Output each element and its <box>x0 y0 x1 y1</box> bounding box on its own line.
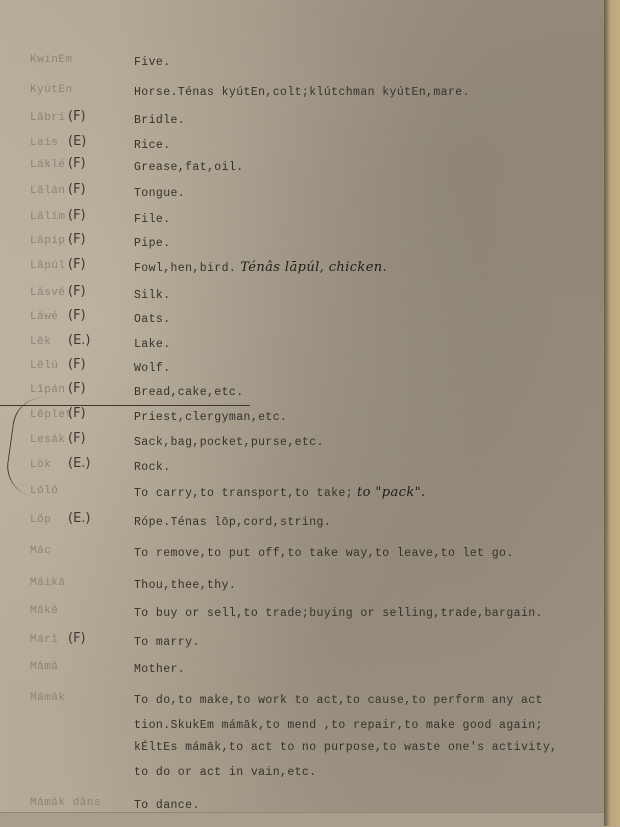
headword: Lāwé <box>30 311 58 323</box>
definition: To marry. <box>134 634 204 649</box>
dictionary-entry: Lēk(E.)Lake. <box>0 336 604 356</box>
dictionary-entry: Márī(F)To marry. <box>0 634 604 654</box>
origin-annotation: (F) <box>68 257 86 272</box>
headword: Lāpíp <box>30 235 66 247</box>
dictionary-entry: Lēplet(F)Priest,clergyman,etc. <box>0 409 604 429</box>
headword: Līpán <box>30 384 66 396</box>
definition-text: Oats. <box>134 313 171 326</box>
headword: Lāsvé <box>30 287 66 299</box>
dictionary-entry: Līpán(F)Bread,cake,etc. <box>0 384 604 404</box>
definition: Priest,clergyman,etc. <box>134 409 291 424</box>
definition-text: Pipe. <box>134 237 171 250</box>
definition: Rópe.Ténas lōp,cord,string. <box>134 514 335 529</box>
headword: Mámāk <box>30 692 66 704</box>
dictionary-entry: Mámāk dānsTo dance. <box>0 797 604 817</box>
definition-text: Fowl,hen,bird. <box>134 262 236 275</box>
definition-text: Horse.Ténas kyútEn,colt;klútchman kyu… <box>134 86 470 99</box>
definition-text: Priest,clergyman,etc. <box>134 411 287 424</box>
definition-text: To carry,to transport,to take; <box>134 487 353 500</box>
definition: Horse.Ténas kyútEn,colt;klútchman kyu… <box>134 84 474 99</box>
definition: Silk. <box>134 287 175 302</box>
definition-text: Thou,thee,thy. <box>134 579 236 592</box>
dictionary-entry: Lāpíp(F)Pipe. <box>0 235 604 255</box>
dictionary-entry: MácTo remove,to put off,to take way,to … <box>0 545 604 565</box>
handwritten-note: to "pack". <box>357 485 426 500</box>
definition-text: To do,to make,to work to act,to cause,to… <box>134 694 543 707</box>
headword: Lēlú <box>30 360 58 372</box>
headword: Māmā <box>30 661 58 673</box>
dictionary-entry: Lōk(E.)Rock. <box>0 459 604 479</box>
headword: Lāklé <box>30 159 66 171</box>
definition-text: Silk. <box>134 289 171 302</box>
dictionary-entry: Lābrí(F)Bridle. <box>0 112 604 132</box>
definition: kÉltEs mámāk,to act to no purpose,to … <box>134 739 561 754</box>
dictionary-entry: MáikāThou,thee,thy. <box>0 577 604 597</box>
dictionary-entry: Lēlú(F)Wolf. <box>0 360 604 380</box>
definition: Wolf. <box>134 360 175 375</box>
page-edge <box>604 0 620 826</box>
dictionary-entry: Lāsvé(F)Silk. <box>0 287 604 307</box>
definition: tion.SkukEm mámāk,to mend ,to repair,t… <box>134 717 547 732</box>
definition-text: Wolf. <box>134 362 171 375</box>
dictionary-entry: Lāpúl(F)Fowl,hen,bird.Ténâs lāpúl,… <box>0 260 604 280</box>
definition: To remove,to put off,to take way,to leav… <box>134 545 518 560</box>
headword: Lāpúl <box>30 260 66 272</box>
definition: Pipe. <box>134 235 175 250</box>
definition: Rice. <box>134 137 175 152</box>
dictionary-entry: Lais(E)Rice. <box>0 137 604 157</box>
definition: Rock. <box>134 459 175 474</box>
definition: Grease,fat,oil. <box>134 159 248 174</box>
definition: to do or act in vain,etc. <box>134 764 321 779</box>
definition: To buy or sell,to trade;buying or sellin… <box>134 605 547 620</box>
definition-text: Grease,fat,oil. <box>134 161 244 174</box>
definition: File. <box>134 211 175 226</box>
origin-annotation: (F) <box>68 357 86 372</box>
definition: Mother. <box>134 661 189 676</box>
definition: Oats. <box>134 311 175 326</box>
dictionary-entry: to do or act in vain,etc. <box>0 764 604 784</box>
dictionary-entry: Lesák(F)Sack,bag,pocket,purse,etc. <box>0 434 604 454</box>
dictionary-entry: MámākTo do,to make,to work to act,to c… <box>0 692 604 712</box>
definition: Sack,bag,pocket,purse,etc. <box>134 434 328 449</box>
headword: Lālím <box>30 211 66 223</box>
dictionary-entry: kÉltEs mámāk,to act to no purpose,to … <box>0 739 604 759</box>
definition: Tongue. <box>134 185 189 200</box>
origin-annotation: (F) <box>68 284 86 299</box>
dictionary-entry: LólōTo carry,to transport,to take;to "… <box>0 485 604 505</box>
headword: Márī <box>30 634 58 646</box>
dictionary-entry: MāmāMother. <box>0 661 604 681</box>
headword: Mác <box>30 545 51 557</box>
definition-text: Rópe.Ténas lōp,cord,string. <box>134 516 331 529</box>
headword: Lālán <box>30 185 66 197</box>
origin-annotation: (F) <box>68 156 86 171</box>
headword: Lābrí <box>30 112 66 124</box>
headword: Lólō <box>30 485 58 497</box>
origin-annotation: (F) <box>68 109 86 124</box>
origin-annotation: (F) <box>68 232 86 247</box>
definition-text: Bread,cake,etc. <box>134 386 244 399</box>
definition: Bridle. <box>134 112 189 127</box>
dictionary-entry: KwínEmFive. <box>0 54 604 74</box>
dictionary-entry: Lāklé(F)Grease,fat,oil. <box>0 159 604 179</box>
dictionary-entry: KyútEnHorse.Ténas kyútEn,colt;klútch… <box>0 84 604 104</box>
definition-text: Five. <box>134 56 171 69</box>
headword: Máikā <box>30 577 66 589</box>
dictionary-entry: Lālán(F)Tongue. <box>0 185 604 205</box>
headword: Mámāk dāns <box>30 797 101 809</box>
headword: Lōk <box>30 459 51 471</box>
definition-text: Rice. <box>134 139 171 152</box>
definition-text: To marry. <box>134 636 200 649</box>
origin-annotation: (E.) <box>68 333 91 348</box>
origin-annotation: (E.) <box>68 456 91 471</box>
headword: Lesák <box>30 434 66 446</box>
definition: Fowl,hen,bird.Ténâs lāpúl, chicken. <box>134 260 387 275</box>
definition: Bread,cake,etc. <box>134 384 248 399</box>
definition-text: To remove,to put off,to take way,to leav… <box>134 547 514 560</box>
definition: Lake. <box>134 336 175 351</box>
origin-annotation: (E.) <box>68 511 91 526</box>
origin-annotation: (F) <box>68 381 86 396</box>
headword: Lais <box>30 137 58 149</box>
headword: Mākē <box>30 605 58 617</box>
definition-text: to do or act in vain,etc. <box>134 766 317 779</box>
definition: To do,to make,to work to act,to cause,to… <box>134 692 547 707</box>
dictionary-entry: MākēTo buy or sell,to trade;buying or … <box>0 605 604 625</box>
headword: Lōp <box>30 514 51 526</box>
handwritten-note: Ténâs lāpúl, chicken. <box>240 260 387 275</box>
definition-text: Lake. <box>134 338 171 351</box>
definition-text: Bridle. <box>134 114 185 127</box>
definition: To carry,to transport,to take;to "pack". <box>134 485 426 500</box>
definition-text: Sack,bag,pocket,purse,etc. <box>134 436 324 449</box>
definition-text: tion.SkukEm mámāk,to mend ,to repair,t… <box>134 719 543 732</box>
dictionary-entry: Lālím(F)File. <box>0 211 604 231</box>
definition-text: To dance. <box>134 799 200 812</box>
definition: To dance. <box>134 797 204 812</box>
definition: Five. <box>134 54 175 69</box>
origin-annotation: (E) <box>68 134 86 149</box>
definition-text: Tongue. <box>134 187 185 200</box>
dictionary-entry: Lāwé(F)Oats. <box>0 311 604 331</box>
origin-annotation: (F) <box>68 431 86 446</box>
headword: KwínEm <box>30 54 73 66</box>
origin-annotation: (F) <box>68 308 86 323</box>
origin-annotation: (F) <box>68 406 86 421</box>
definition-text: kÉltEs mámāk,to act to no purpose,to … <box>134 741 557 754</box>
headword: Lēk <box>30 336 51 348</box>
dictionary-entry: tion.SkukEm mámāk,to mend ,to repair,t… <box>0 717 604 737</box>
definition-text: To buy or sell,to trade;buying or sellin… <box>134 607 543 620</box>
definition-text: File. <box>134 213 171 226</box>
origin-annotation: (F) <box>68 182 86 197</box>
definition-text: Rock. <box>134 461 171 474</box>
headword: KyútEn <box>30 84 73 96</box>
origin-annotation: (F) <box>68 631 86 646</box>
headword: Lēplet <box>30 409 73 421</box>
definition: Thou,thee,thy. <box>134 577 240 592</box>
origin-annotation: (F) <box>68 208 86 223</box>
definition-text: Mother. <box>134 663 185 676</box>
dictionary-entry: Lōp(E.)Rópe.Ténas lōp,cord,string. <box>0 514 604 534</box>
